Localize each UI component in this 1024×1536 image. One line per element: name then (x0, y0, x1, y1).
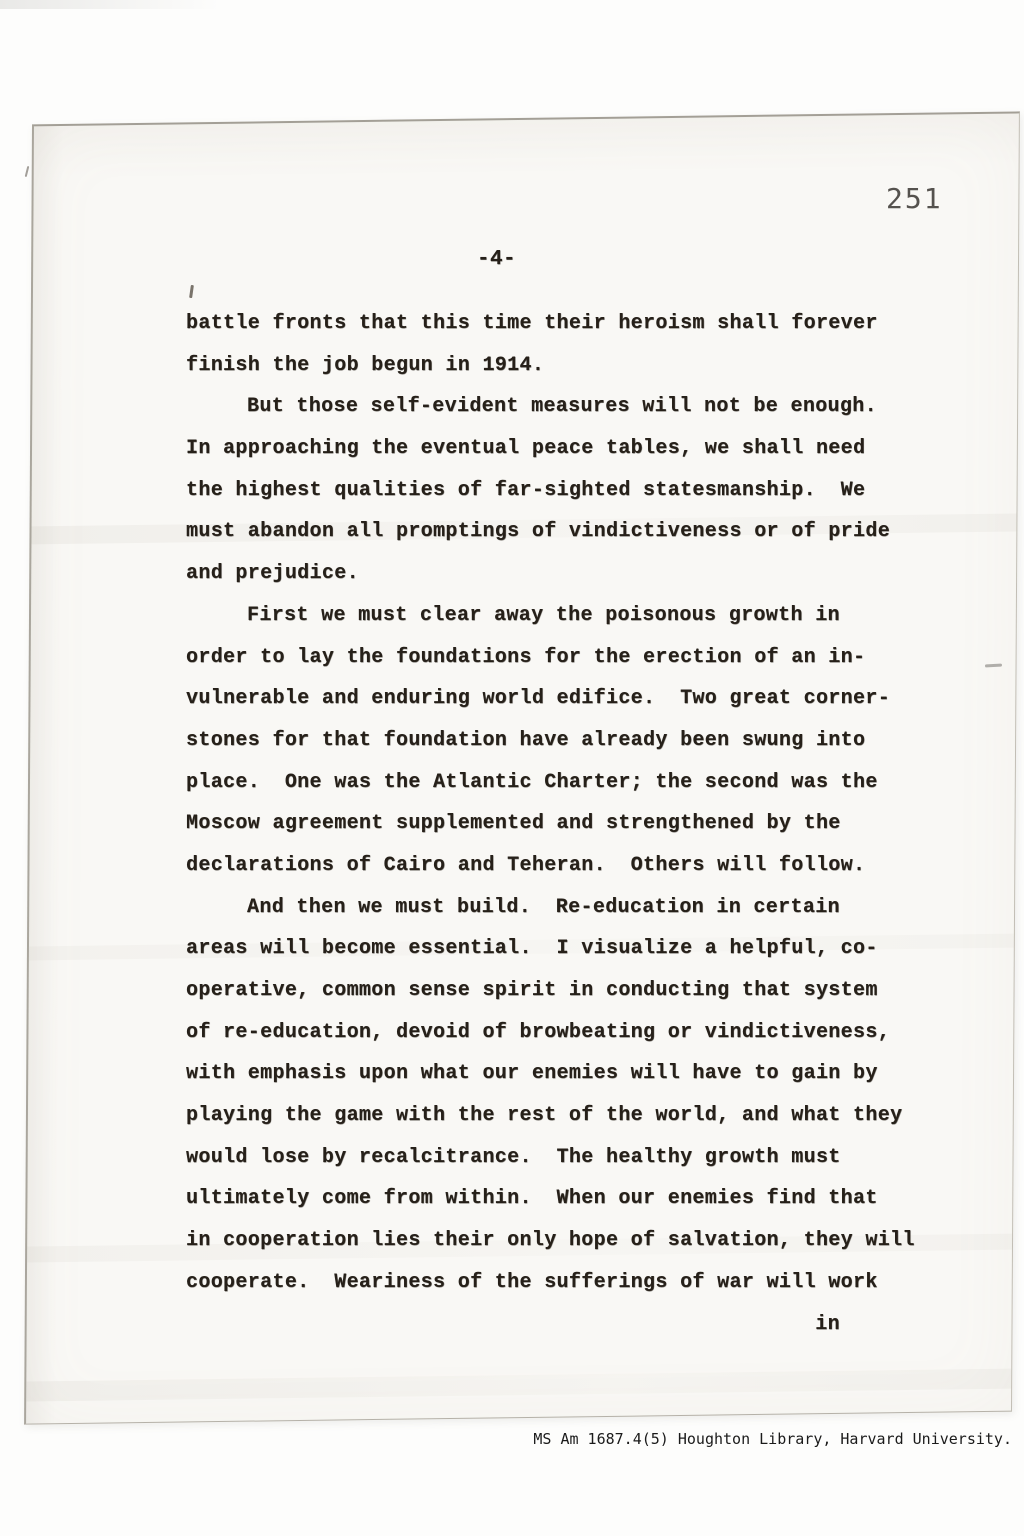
typescript-line: ultimately come from within. When our en… (186, 1178, 928, 1220)
typescript-line: areas will become essential. I visualize… (186, 928, 928, 970)
typescript-line: of re-education, devoid of browbeating o… (186, 1012, 928, 1054)
typescript-line: vulnerable and enduring world edifice. T… (186, 678, 928, 720)
typescript-line: the highest qualities of far-sighted sta… (186, 470, 928, 512)
typed-text-block: battle fronts that this time their heroi… (186, 303, 928, 1345)
typescript-line: But those self-evident measures will not… (186, 386, 928, 428)
typescript-line: declarations of Cairo and Teheran. Other… (186, 845, 928, 887)
library-citation: MS Am 1687.4(5) Houghton Library, Harvar… (533, 1430, 1012, 1448)
typescript-line: And then we must build. Re-education in … (186, 887, 928, 929)
typescript-line: In approaching the eventual peace tables… (186, 428, 928, 470)
typescript-line: battle fronts that this time their heroi… (186, 303, 928, 345)
typescript-line: must abandon all promptings of vindictiv… (186, 511, 928, 553)
typescript-line: in cooperation lies their only hope of s… (186, 1220, 928, 1262)
paper-smudge (26, 1369, 1011, 1402)
typescript-line: with emphasis upon what our enemies will… (186, 1053, 928, 1095)
typescript-line: order to lay the foundations for the ere… (186, 637, 928, 679)
ink-speck (25, 166, 30, 177)
typescript-line: First we must clear away the poisonous g… (186, 595, 928, 637)
typescript-line: Moscow agreement supplemented and streng… (186, 803, 928, 845)
typescript-line: stones for that foundation have already … (186, 720, 928, 762)
typescript-line: place. One was the Atlantic Charter; the… (186, 762, 928, 804)
typescript-line: finish the job begun in 1914. (186, 345, 928, 387)
catchword: in (186, 1304, 928, 1346)
typescript-line: cooperate. Weariness of the sufferings o… (186, 1262, 928, 1304)
scanned-page: 251 -4- battle fronts that this time the… (0, 0, 1024, 1536)
scanner-streak (0, 0, 220, 9)
typescript-line: playing the game with the rest of the wo… (186, 1095, 928, 1137)
typed-page-number: -4- (477, 248, 516, 271)
typescript-line: operative, common sense spirit in conduc… (186, 970, 928, 1012)
archive-page-number: 251 (886, 182, 943, 215)
typescript-line: would lose by recalcitrance. The healthy… (186, 1137, 928, 1179)
typescript-line: and prejudice. (186, 553, 928, 595)
